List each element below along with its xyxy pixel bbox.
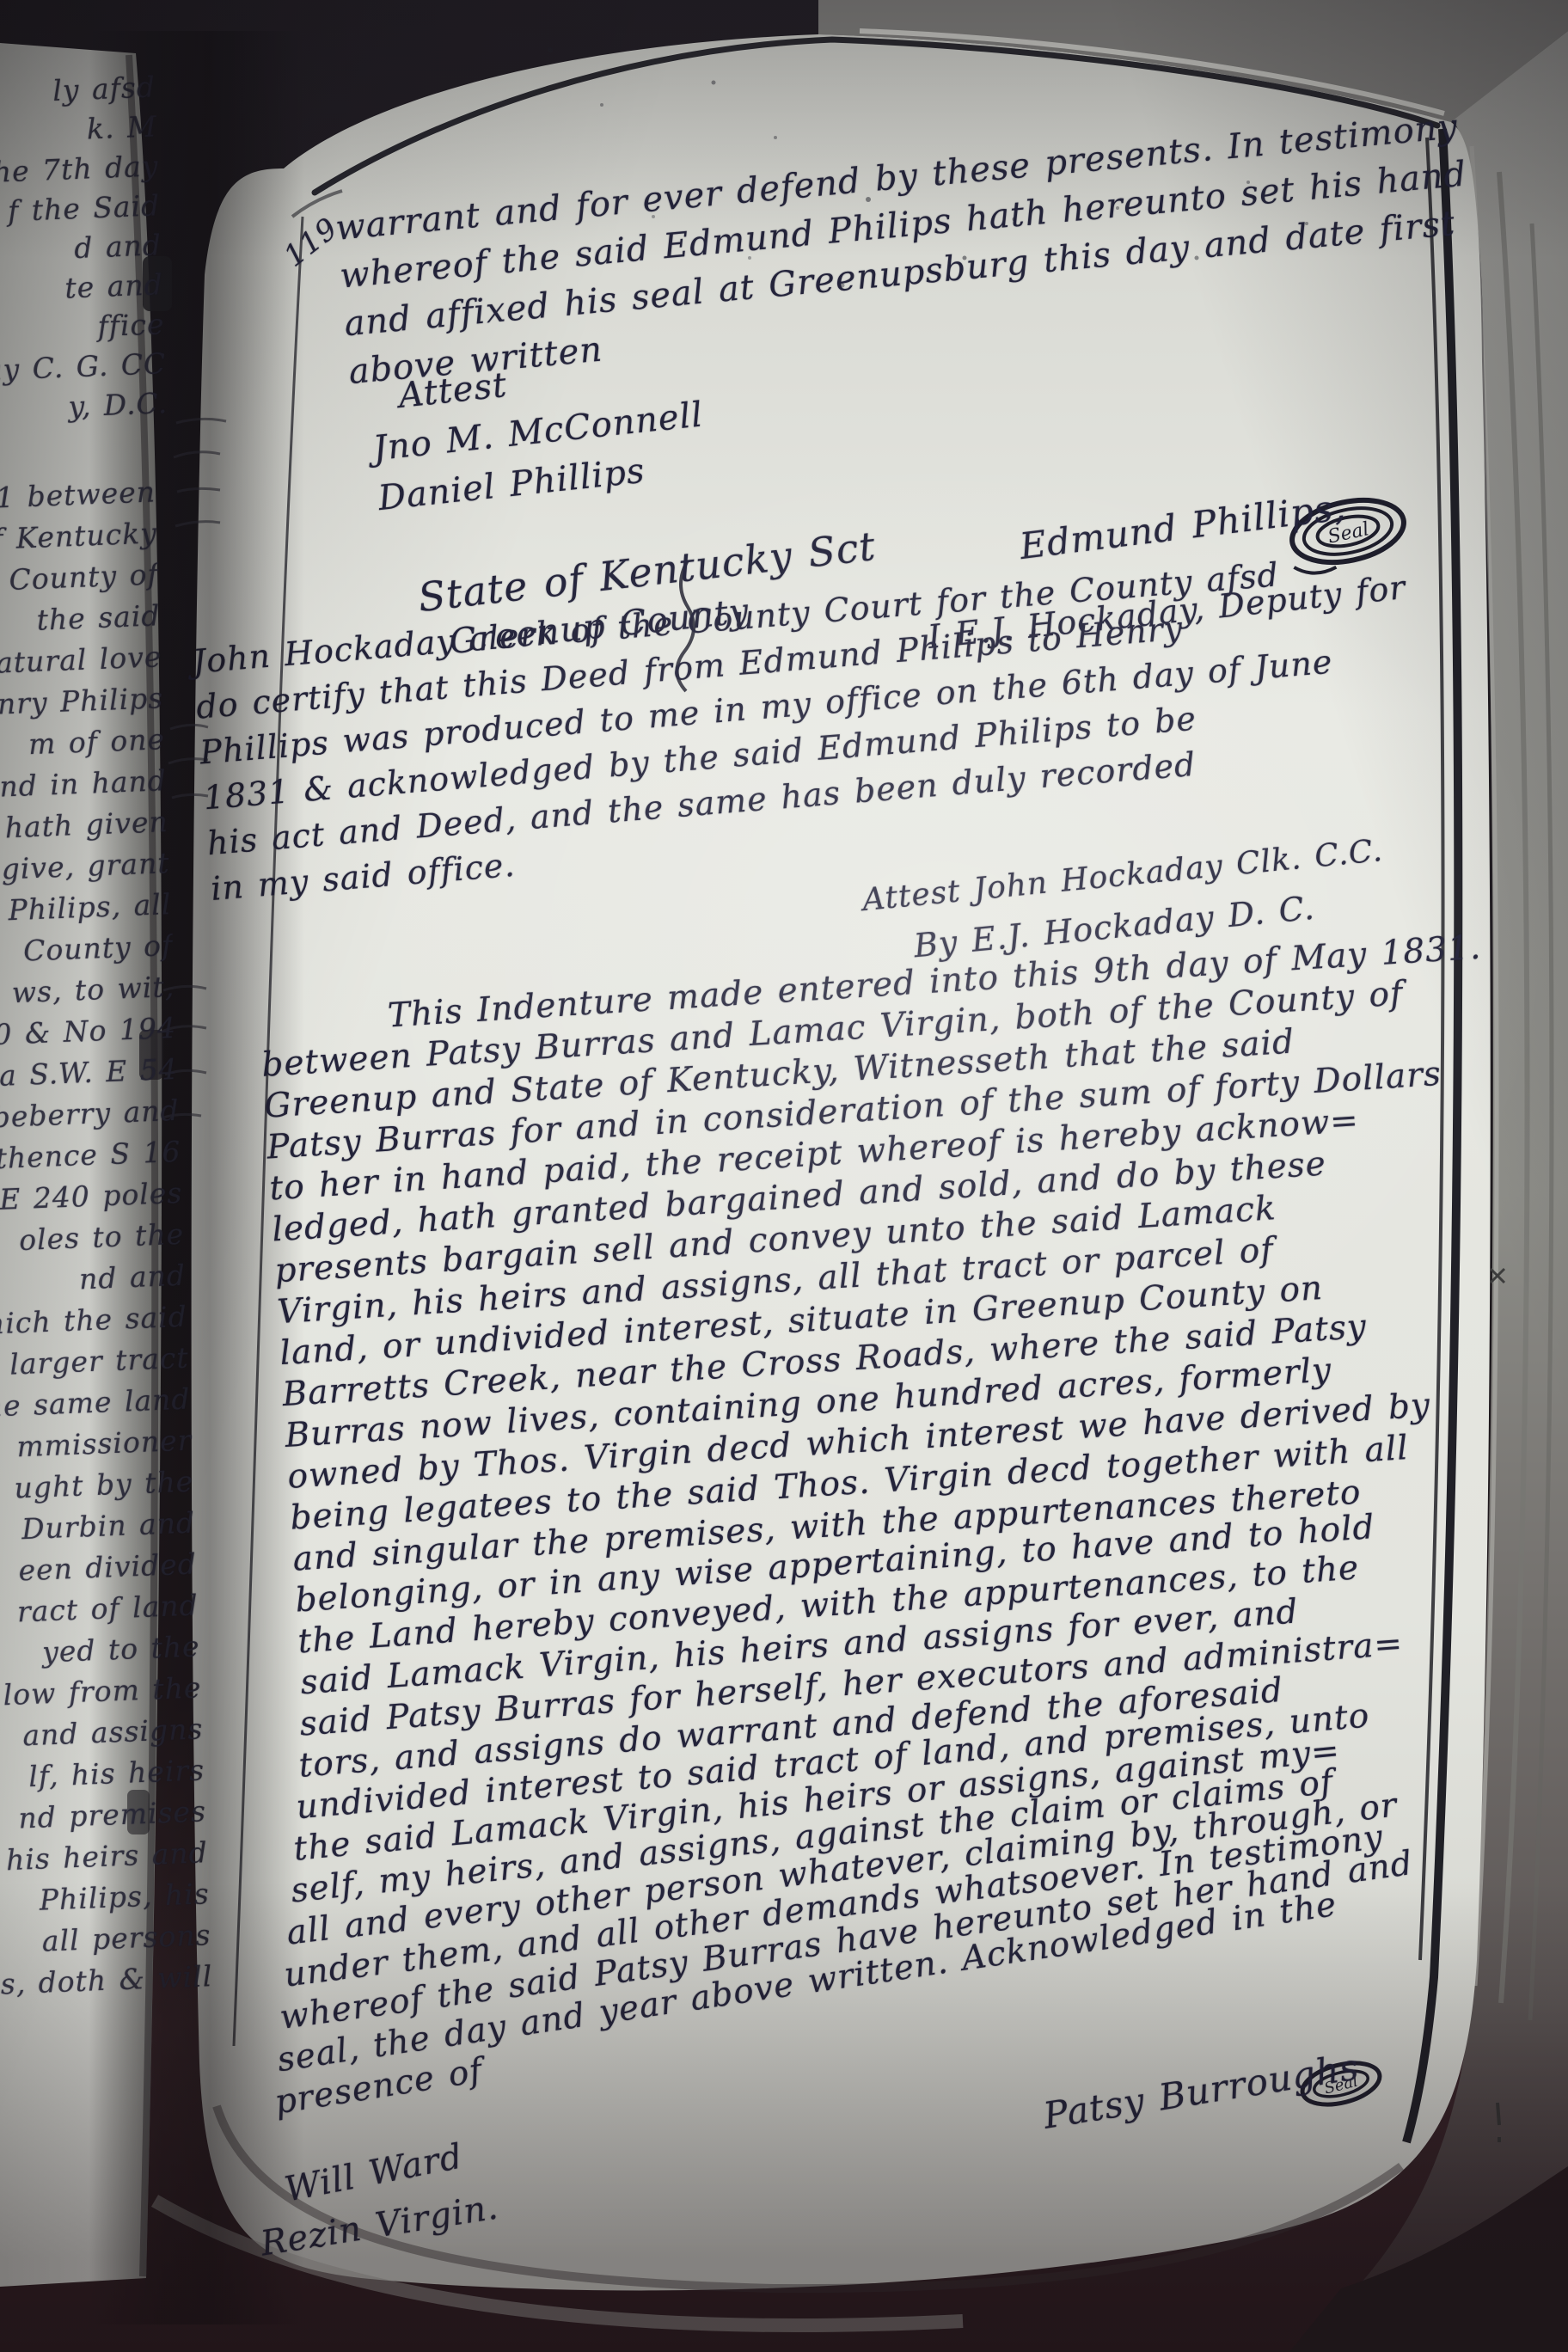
- indenture-body: This Indenture made entered into this 9t…: [258, 928, 1550, 2116]
- photo-of-deed-book: Seal Seal ly afsdk. Mthe 7th dayf the Sa…: [0, 0, 1568, 2352]
- left-page-fragments-top: ly afsdk. Mthe 7th dayf the Saidd andte …: [0, 67, 177, 437]
